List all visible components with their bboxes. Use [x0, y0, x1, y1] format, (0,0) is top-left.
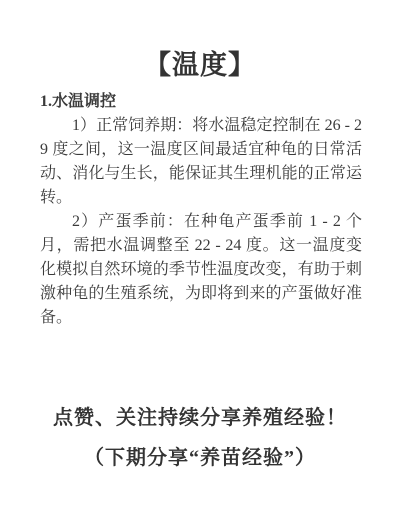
page-title: 【温度】: [0, 0, 400, 84]
document-page: 【温度】 1.水温调控 1）正常饲养期：将水温稳定控制在 26 - 29 度之间…: [0, 0, 400, 515]
footer-cta: 点赞、关注持续分享养殖经验！ （下期分享“养苗经验”）: [0, 398, 400, 478]
paragraph-pre-laying-season: 2）产蛋季前：在种龟产蛋季前 1 - 2 个月，需把水温调整至 22 - 24 …: [40, 210, 362, 330]
cta-line-like-follow: 点赞、关注持续分享养殖经验！: [0, 398, 400, 438]
cta-line-next-topic: （下期分享“养苗经验”）: [0, 438, 400, 478]
paragraph-normal-feeding-period: 1）正常饲养期：将水温稳定控制在 26 - 29 度之间，这一温度区间最适宜种龟…: [40, 114, 362, 210]
section-heading: 1.水温调控: [40, 90, 362, 114]
